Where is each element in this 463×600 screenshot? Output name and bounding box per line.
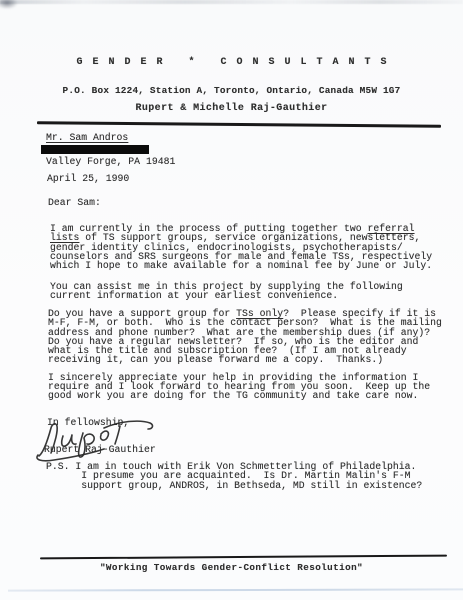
signature-scrawl	[36, 419, 178, 463]
paragraph-4: I sincerely appreciate your help in prov…	[48, 373, 430, 401]
letterhead-divider-rule	[37, 121, 441, 127]
recipient-city-line: Valley Forge, PA 19481	[46, 157, 175, 166]
letterhead-contact-names: Rupert & Michelle Raj-Gauthier	[0, 104, 463, 113]
letterhead-title: GENDER * CONSULTANTS	[0, 58, 463, 67]
footer-quote: "Working Towards Gender-Conflict Resolut…	[0, 563, 463, 572]
redaction-bar	[41, 145, 149, 154]
letter-date: April 25, 1990	[47, 174, 129, 183]
signature-typed-name: Rupert Raj-Gauthier	[44, 445, 156, 454]
scan-artifact-top-edge	[0, 0, 463, 4]
letterhead-address: P.O. Box 1224, Station A, Toronto, Ontar…	[0, 86, 463, 95]
scan-artifact-corner-smudge	[0, 0, 18, 9]
footer-rule	[40, 555, 447, 560]
paragraph-3: Do you have a support group for TSs only…	[48, 309, 442, 365]
scan-artifact-bottom-edge	[8, 588, 463, 591]
paragraph-2: You can assist me in this project by sup…	[50, 282, 403, 301]
postscript: P.S. I am in touch with Erik Von Schmett…	[46, 462, 422, 490]
scanned-letter-page: GENDER * CONSULTANTS P.O. Box 1224, Stat…	[0, 0, 463, 600]
paragraph-1: I am currently in the process of putting…	[50, 224, 432, 270]
recipient-name: Mr. Sam Andros	[46, 133, 128, 142]
salutation: Dear Sam:	[48, 198, 101, 207]
